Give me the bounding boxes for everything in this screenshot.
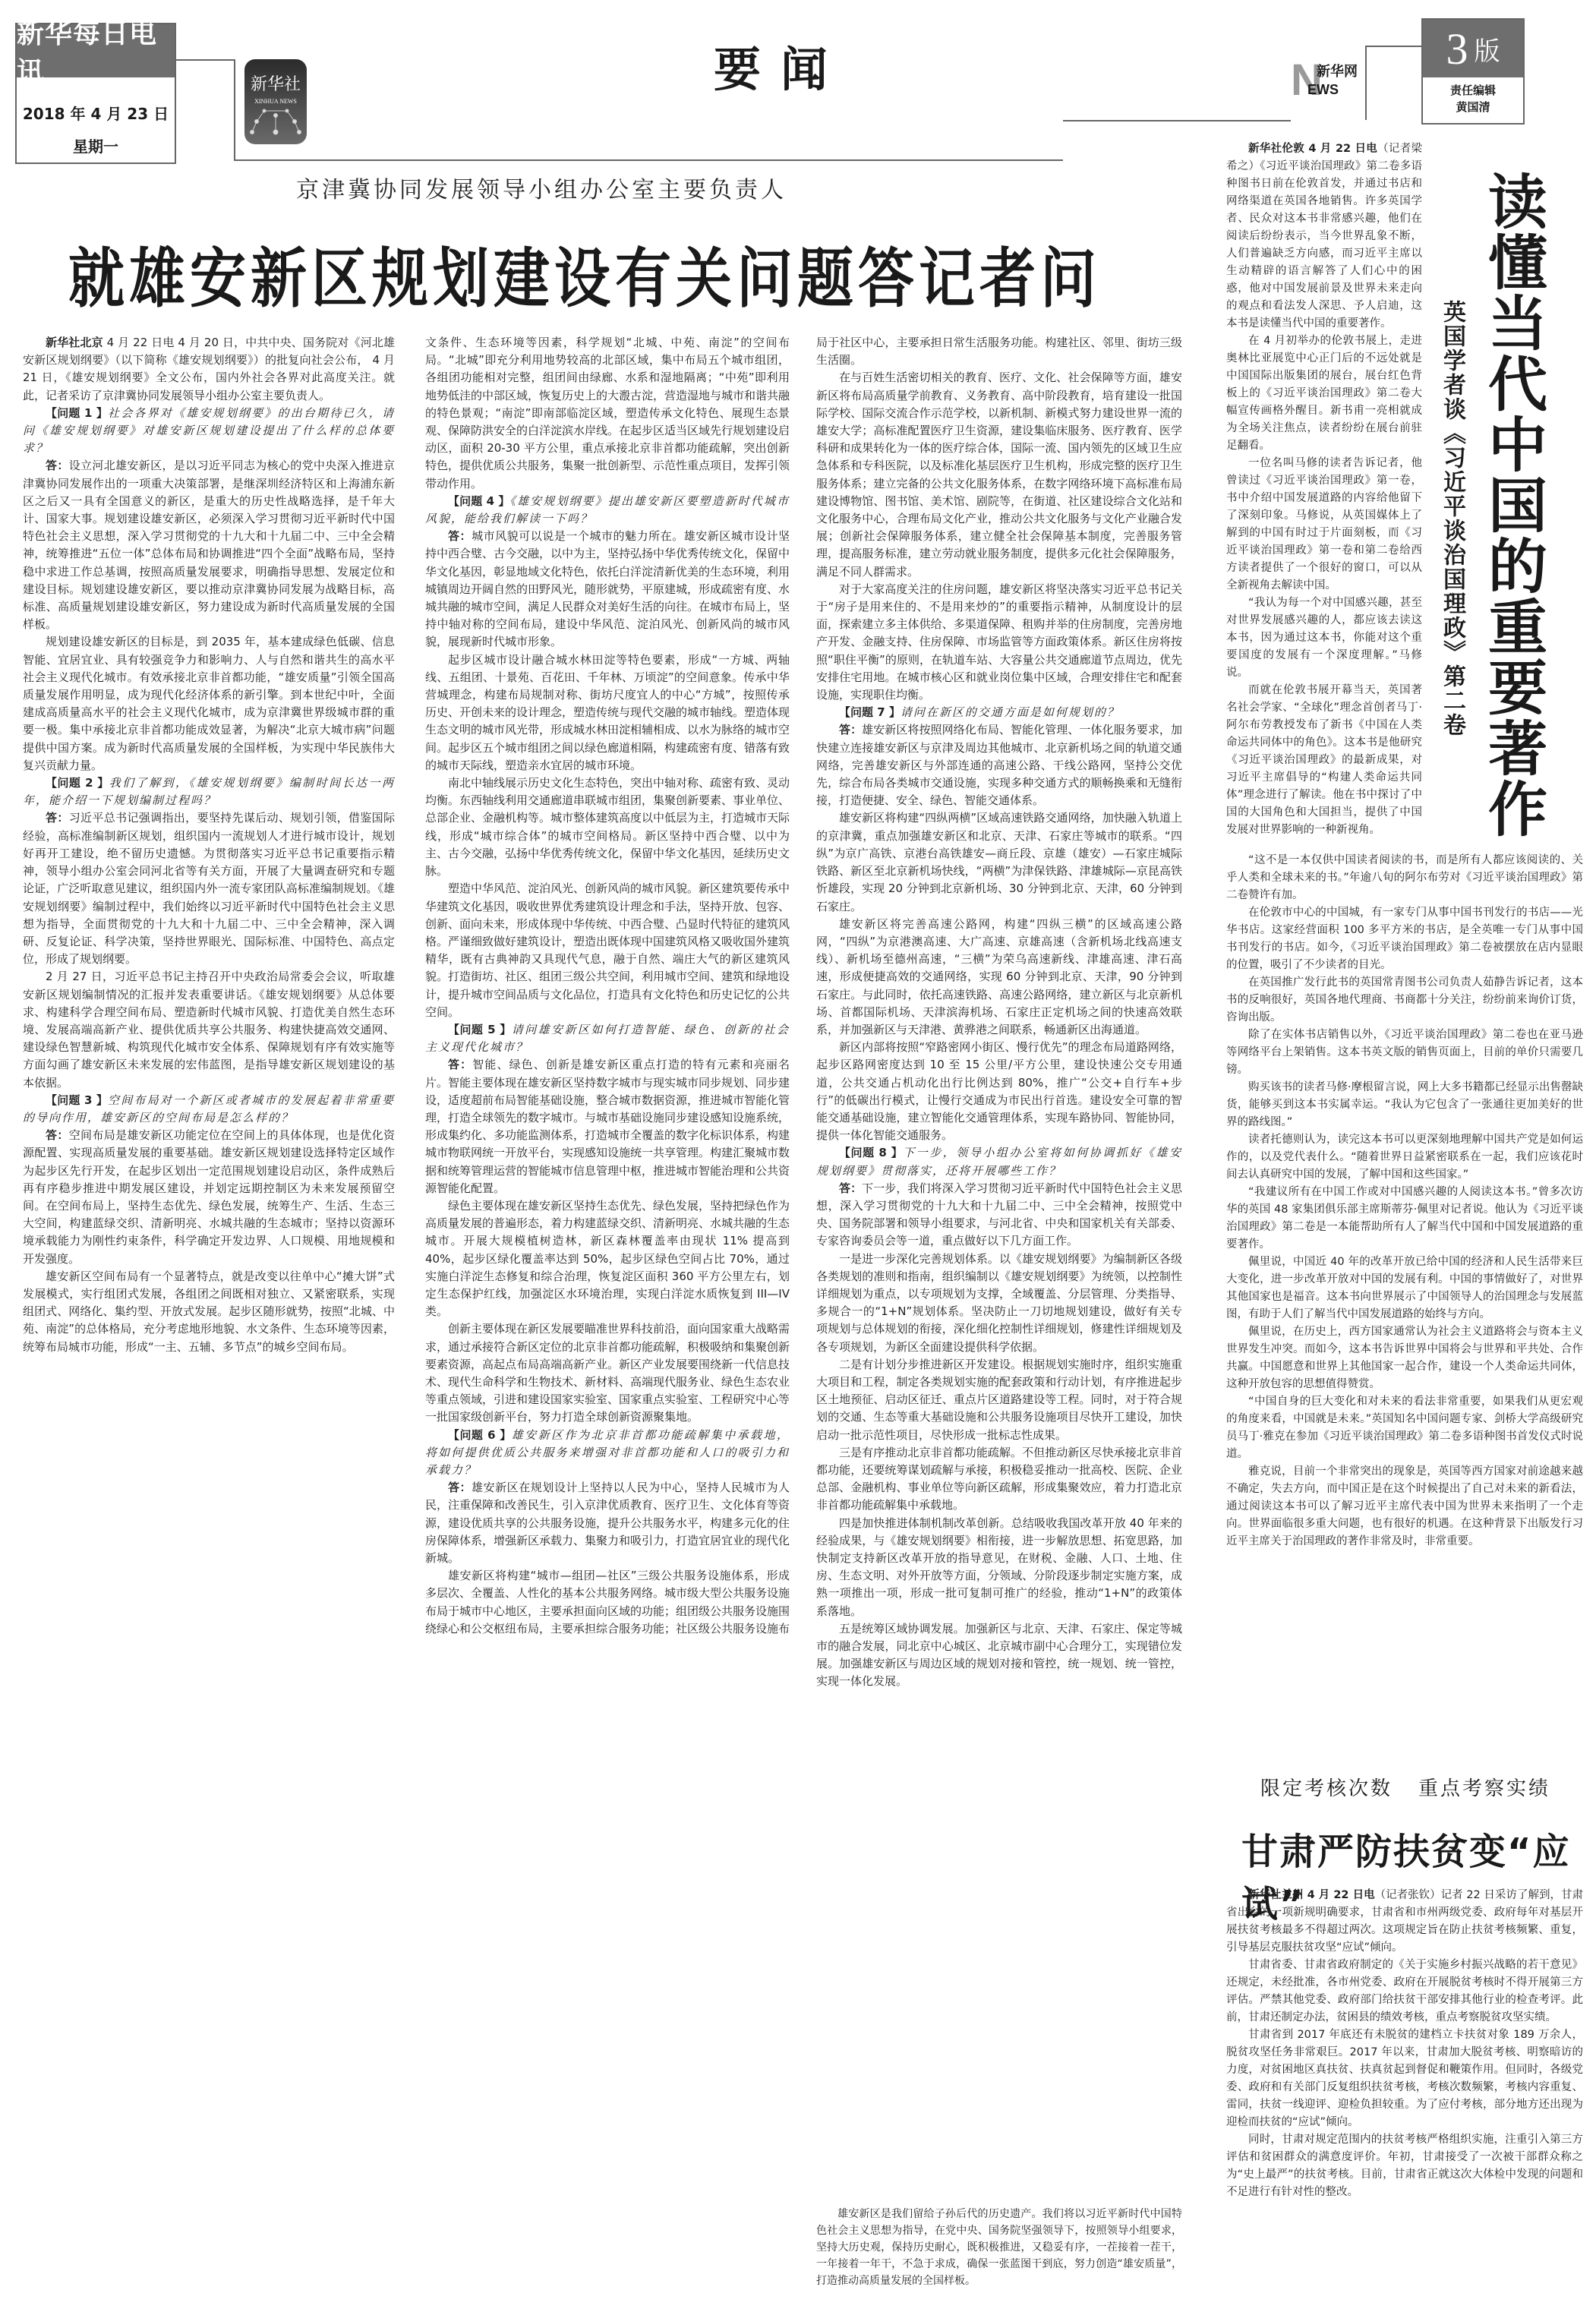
section-title: 要闻 (714, 32, 847, 99)
page-unit: 版 (1475, 30, 1500, 68)
answer-label: 答： (46, 459, 69, 472)
body-paragraph: 2 月 27 日，习近平总书记主持召开中央政治局常委会会议，听取雄安新区规划编制… (23, 968, 395, 1091)
answer-label: 答： (46, 811, 69, 825)
lead-paragraph: 《习近平谈治国理政》第二卷多语种图书日前在伦敦首发，并通过书店和网络渠道在英国各… (1226, 160, 1422, 330)
body-paragraph: 雄安新区将完善高速公路网，构建“四纵三横”的区域高速公路网，“四纵”为京港澳高速… (816, 916, 1182, 1039)
body-paragraph: 同时，甘肃对规定范围内的扶贫考核严格组织实施，注重引入第三方评估和贫困群众的满意… (1226, 2131, 1583, 2201)
body-paragraph: 二是有计划分步推进新区开发建设。根据规划实施时序，组织实施重大项目和工程，制定各… (816, 1356, 1182, 1444)
editor-name: 黄国清 (1423, 99, 1523, 115)
answer-text: 智能、绿色、创新是雄安新区重点打造的特有元素和亮丽名片。智能主要体现在雄安新区坚… (425, 1058, 790, 1194)
answer-label: 答： (448, 1481, 472, 1494)
body-paragraph: “我认为每一个对中国感兴趣，甚至对世界发展感兴趣的人，都应该去读这本书，因为通过… (1226, 595, 1422, 682)
body-paragraph: 创新主要体现在新区发展要瞄准世界科技前沿，面向国家重大战略需求，通过承接符合新区… (425, 1320, 790, 1426)
answer-label: 答： (839, 1181, 862, 1195)
xinhua-logo-text: 新华社 (244, 71, 307, 95)
answer-label: 答： (46, 1128, 69, 1142)
xinhuanet-logo-en: EWS (1307, 82, 1339, 98)
answer-text: 雄安新区将按照网络化布局、智能化管理、一体化服务要求，加快建立连接雄安新区与京津… (816, 723, 1182, 807)
answer-label: 答： (448, 529, 472, 543)
issue-date: 2018 年 4 月 23 日 (17, 102, 175, 124)
body-paragraph: “我建议所有在中国工作或对中国感兴趣的人阅读这本书。”曾多次访华的英国 48 家… (1226, 1184, 1583, 1254)
question-label: 【问题 1 】 (46, 406, 108, 420)
body-paragraph: 塑造中华风范、淀泊风光、创新风尚的城市风貌。新区建筑要传承中华建筑文化基因，吸收… (425, 880, 790, 1021)
answer-text: 下一步，我们将深入学习贯彻习近平新时代中国特色社会主义思想，深入学习贯彻党的十九… (816, 1181, 1182, 1248)
question-label: 【问题 7 】 (839, 705, 901, 719)
xinhua-logo: 新华社 XINHUA NEWS (244, 59, 307, 144)
body-paragraph: 在与百姓生活密切相关的教育、医疗、文化、社会保障等方面，雄安新区将布局高质量学前… (816, 369, 1182, 580)
body-paragraph: 五是统筹区域协调发展。加强新区与北京、天津、石家庄、保定等城市的融合发展，同北京… (816, 1620, 1182, 1691)
side-article-title: 读懂当代中国的重要著作 (1487, 171, 1555, 839)
question-label: 【问题 4 】 (448, 494, 509, 508)
dateline: 新华社北京 (46, 336, 103, 349)
main-article-column-1: 新华社北京 4 月 22 日电 4 月 20 日，中共中央、国务院对《河北雄安新… (23, 334, 395, 2301)
xinhuanet-logo-text: 新华网 (1317, 61, 1358, 80)
dateline: 新华社伦敦 4 月 22 日电 (1248, 143, 1377, 155)
body-paragraph: 雅克说，目前一个非常突出的现象是，英国等西方国家对前途越来越不确定，失去方向，而… (1226, 1463, 1583, 1550)
answer-label: 答： (839, 723, 862, 736)
body-paragraph: “中国自身的巨大变化和对未来的看法非常重要，如果我们从更宏观的角度来看，中国就是… (1226, 1393, 1583, 1463)
body-paragraph: 雄安新区将构建“四纵两横”区域高速铁路交通网络，加快融入轨道上的京津冀，重点加强… (816, 809, 1182, 915)
body-paragraph: 新区内部将按照“窄路密网小街区、慢行优先”的理念布局道路网络，起步区路网密度达到… (816, 1039, 1182, 1144)
paper-masthead-box: 新华每日电讯 2018 年 4 月 23 日 星期一 (15, 23, 176, 164)
body-paragraph: 对于大家高度关注的住房问题，雄安新区将坚决落实习近平总书记关于“房子是用来住的、… (816, 581, 1182, 704)
question-label: 【问题 8 】 (839, 1146, 903, 1159)
answer-text: 习近平总书记强调指出，要坚持先谋后动、规划引领，借鉴国际经验，高标准编制新区规划… (23, 811, 395, 966)
body-paragraph: 除了在实体书店销售以外，《习近平谈治国理政》第二卷也在亚马逊等网络平台上架销售。… (1226, 1027, 1583, 1079)
network-icon (249, 105, 302, 138)
body-paragraph: 局于社区中心，主要承担日常生活服务功能。构建社区、邻里、街坊三级生活圈。 (816, 334, 1182, 369)
masthead-rule (234, 59, 235, 159)
xinhua-logo-en: XINHUA NEWS (244, 98, 307, 105)
body-paragraph: 读者托德则认为，读完这本书可以更深刻地理解中国共产党是如何运作的，以及党代表什么… (1226, 1131, 1583, 1184)
body-paragraph: 起步区城市设计融合城水林田淀等特色要素，形成“一方城、两轴线、五组团、十景苑、百… (425, 651, 790, 774)
main-kicker: 京津冀协同发展领导小组办公室主要负责人 (296, 171, 787, 204)
masthead-rule (1365, 46, 1421, 47)
xinhuanet-logo: N 新华网 EWS (1291, 59, 1374, 102)
main-headline: 就雄安新区规划建设有关问题答记者问 (68, 228, 1101, 320)
gansu-article-body: 新华社兰州 4 月 22 日电（记者张钦）记者 22 日采访了解到，甘肃省出台的… (1226, 1887, 1583, 2304)
body-paragraph: 雄安新区空间布局有一个显著特点，就是改变以往单中心“摊大饼”式发展模式，实行组团… (23, 1268, 395, 1356)
body-paragraph: 购买该书的读者马修·摩根留言说，网上大多书籍都已经显示出售罄缺货，能够买到这本书… (1226, 1079, 1583, 1131)
main-article-column-3: 局于社区中心，主要承担日常生活服务功能。构建社区、邻里、街坊三级生活圈。 在与百… (816, 334, 1182, 2202)
body-paragraph: 一是进一步深化完善规划体系。以《雄安规划纲要》为编制新区各级各类规划的准则和指南… (816, 1251, 1182, 1356)
body-paragraph: 在 4 月初举办的伦敦书展上，走进奥林比亚展览中心正门后的不远处就是中国国际出版… (1226, 333, 1422, 455)
body-paragraph: 在伦敦市中心的中国城，有一家专门从事中国书刊发行的书店——光华书店。这家经营面积… (1226, 904, 1583, 974)
dateline: 新华社兰州 4 月 22 日电 (1248, 1889, 1375, 1901)
question-label: 【问题 2 】 (46, 776, 109, 790)
question-label: 【问题 6 】 (448, 1428, 512, 1442)
body-paragraph: 而就在伦敦书展开幕当天，英国著名社会学家、“全球化”理念首创者马丁·阿尔布劳教授… (1226, 682, 1422, 839)
body-paragraph: 一位名叫马修的读者告诉记者，他曾读过《习近平谈治国理政》第一卷，书中介绍中国发展… (1226, 455, 1422, 595)
body-paragraph: 在英国推广发行此书的英国常青图书公司负责人茹静告诉记者，这本书的反响很好，英国各… (1226, 974, 1583, 1027)
body-paragraph: 佩里说，中国近 40 年的改革开放已给中国的经济和人民生活带来巨大变化，进一步改… (1226, 1254, 1583, 1323)
body-paragraph: 文条件、生态环境等因素，科学规划“北城、中苑、南淀”的空间布局。“北城”即充分利… (425, 334, 790, 493)
body-paragraph: “这不是一本仅供中国读者阅读的书，而是所有人都应该阅读的、关乎人类和全球未来的书… (1226, 852, 1583, 904)
body-paragraph: 四是加快推进体制机制改革创新。总结吸收我国改革开放 40 年来的经验成果，与《雄… (816, 1515, 1182, 1620)
editor-label: 责任编辑 (1423, 82, 1523, 99)
answer-text: 雄安新区在规划设计上坚持以人民为中心，坚持人民城市为人民，注重保障和改善民生，引… (425, 1481, 790, 1565)
body-paragraph: 甘肃省委、甘肃省政府制定的《关于实施乡村振兴战略的若干意见》还规定，未经批准，各… (1226, 1957, 1583, 2027)
side-article-bottom-column: “这不是一本仅供中国读者阅读的书，而是所有人都应该阅读的、关乎人类和全球未来的书… (1226, 852, 1583, 1725)
body-paragraph: 佩里说，在历史上，西方国家通常认为社会主义道路将会与资本主义世界发生冲突。而如今… (1226, 1323, 1583, 1393)
gansu-kicker: 限定考核次数重点考察实绩 (1260, 1773, 1550, 1801)
page-number-box: 3 版 责任编辑 黄国清 (1421, 18, 1525, 125)
question-label: 【问题 3 】 (46, 1093, 108, 1107)
answer-label: 答： (448, 1058, 472, 1071)
masthead-rule (175, 59, 235, 61)
answer-text: 设立河北雄安新区，是以习近平同志为核心的党中央深入推进京津冀协同发展作出的一项重… (23, 459, 395, 631)
side-article-subtitle: 英国学者谈《习近平谈治国理政》第二卷 (1443, 300, 1468, 737)
byline: （记者张钦） (1375, 1889, 1441, 1901)
body-paragraph: 规划建设雄安新区的目标是，到 2035 年，基本建成绿色低碳、信息智能、宜居宜业… (23, 633, 395, 774)
body-paragraph: 绿色主要体现在雄安新区坚持生态优先、绿色发展，坚持把绿色作为高质量发展的普遍形态… (425, 1197, 790, 1320)
question-text: 请问在新区的交通方面是如何规划的？ (901, 705, 1120, 719)
main-article-conclusion: 雄安新区是我们留给子孙后代的历史遗产。我们将以习近平新时代中国特色社会主义思想为… (816, 2206, 1182, 2304)
question-label: 【问题 5 】 (448, 1023, 512, 1036)
side-article-top-column: 新华社伦敦 4 月 22 日电（记者梁希之）《习近平谈治国理政》第二卷多语种图书… (1226, 140, 1422, 850)
body-paragraph: 甘肃省到 2017 年底还有未脱贫的建档立卡扶贫对象 189 万余人，脱贫攻坚任… (1226, 2027, 1583, 2131)
masthead-rule (234, 159, 1063, 161)
main-article-column-2: 文条件、生态环境等因素，科学规划“北城、中苑、南淀”的空间布局。“北城”即充分利… (425, 334, 790, 2301)
issue-weekday: 星期一 (17, 134, 175, 156)
body-paragraph: 南北中轴线展示历史文化生态特色，突出中轴对称、疏密有致、灵动均衡。东西轴线利用交… (425, 774, 790, 880)
masthead-rule (1063, 120, 1291, 121)
body-paragraph: 雄安新区是我们留给子孙后代的历史遗产。我们将以习近平新时代中国特色社会主义思想为… (816, 2206, 1182, 2289)
paper-name: 新华每日电讯 (17, 24, 175, 77)
gansu-kicker-part: 限定考核次数 (1260, 1777, 1393, 1800)
page-number: 3 (1446, 24, 1468, 74)
body-paragraph: 雄安新区将构建“城市—组团—社区”三级公共服务设施体系，形成多层次、全覆盖、人性… (425, 1567, 790, 1638)
answer-text: 空间布局是雄安新区功能定位在空间上的具体体现，也是优化资源配置、实现高质量发展的… (23, 1128, 395, 1265)
body-paragraph: 三是有序推动北京非首都功能疏解。不但推动新区尽快承接北京非首都功能，还要统筹谋划… (816, 1444, 1182, 1515)
gansu-kicker-part: 重点考察实绩 (1418, 1777, 1550, 1800)
answer-text: 城市风貌可以说是一个城市的魅力所在。雄安新区城市设计坚持中西合璧、古今交融，以中… (425, 529, 790, 648)
